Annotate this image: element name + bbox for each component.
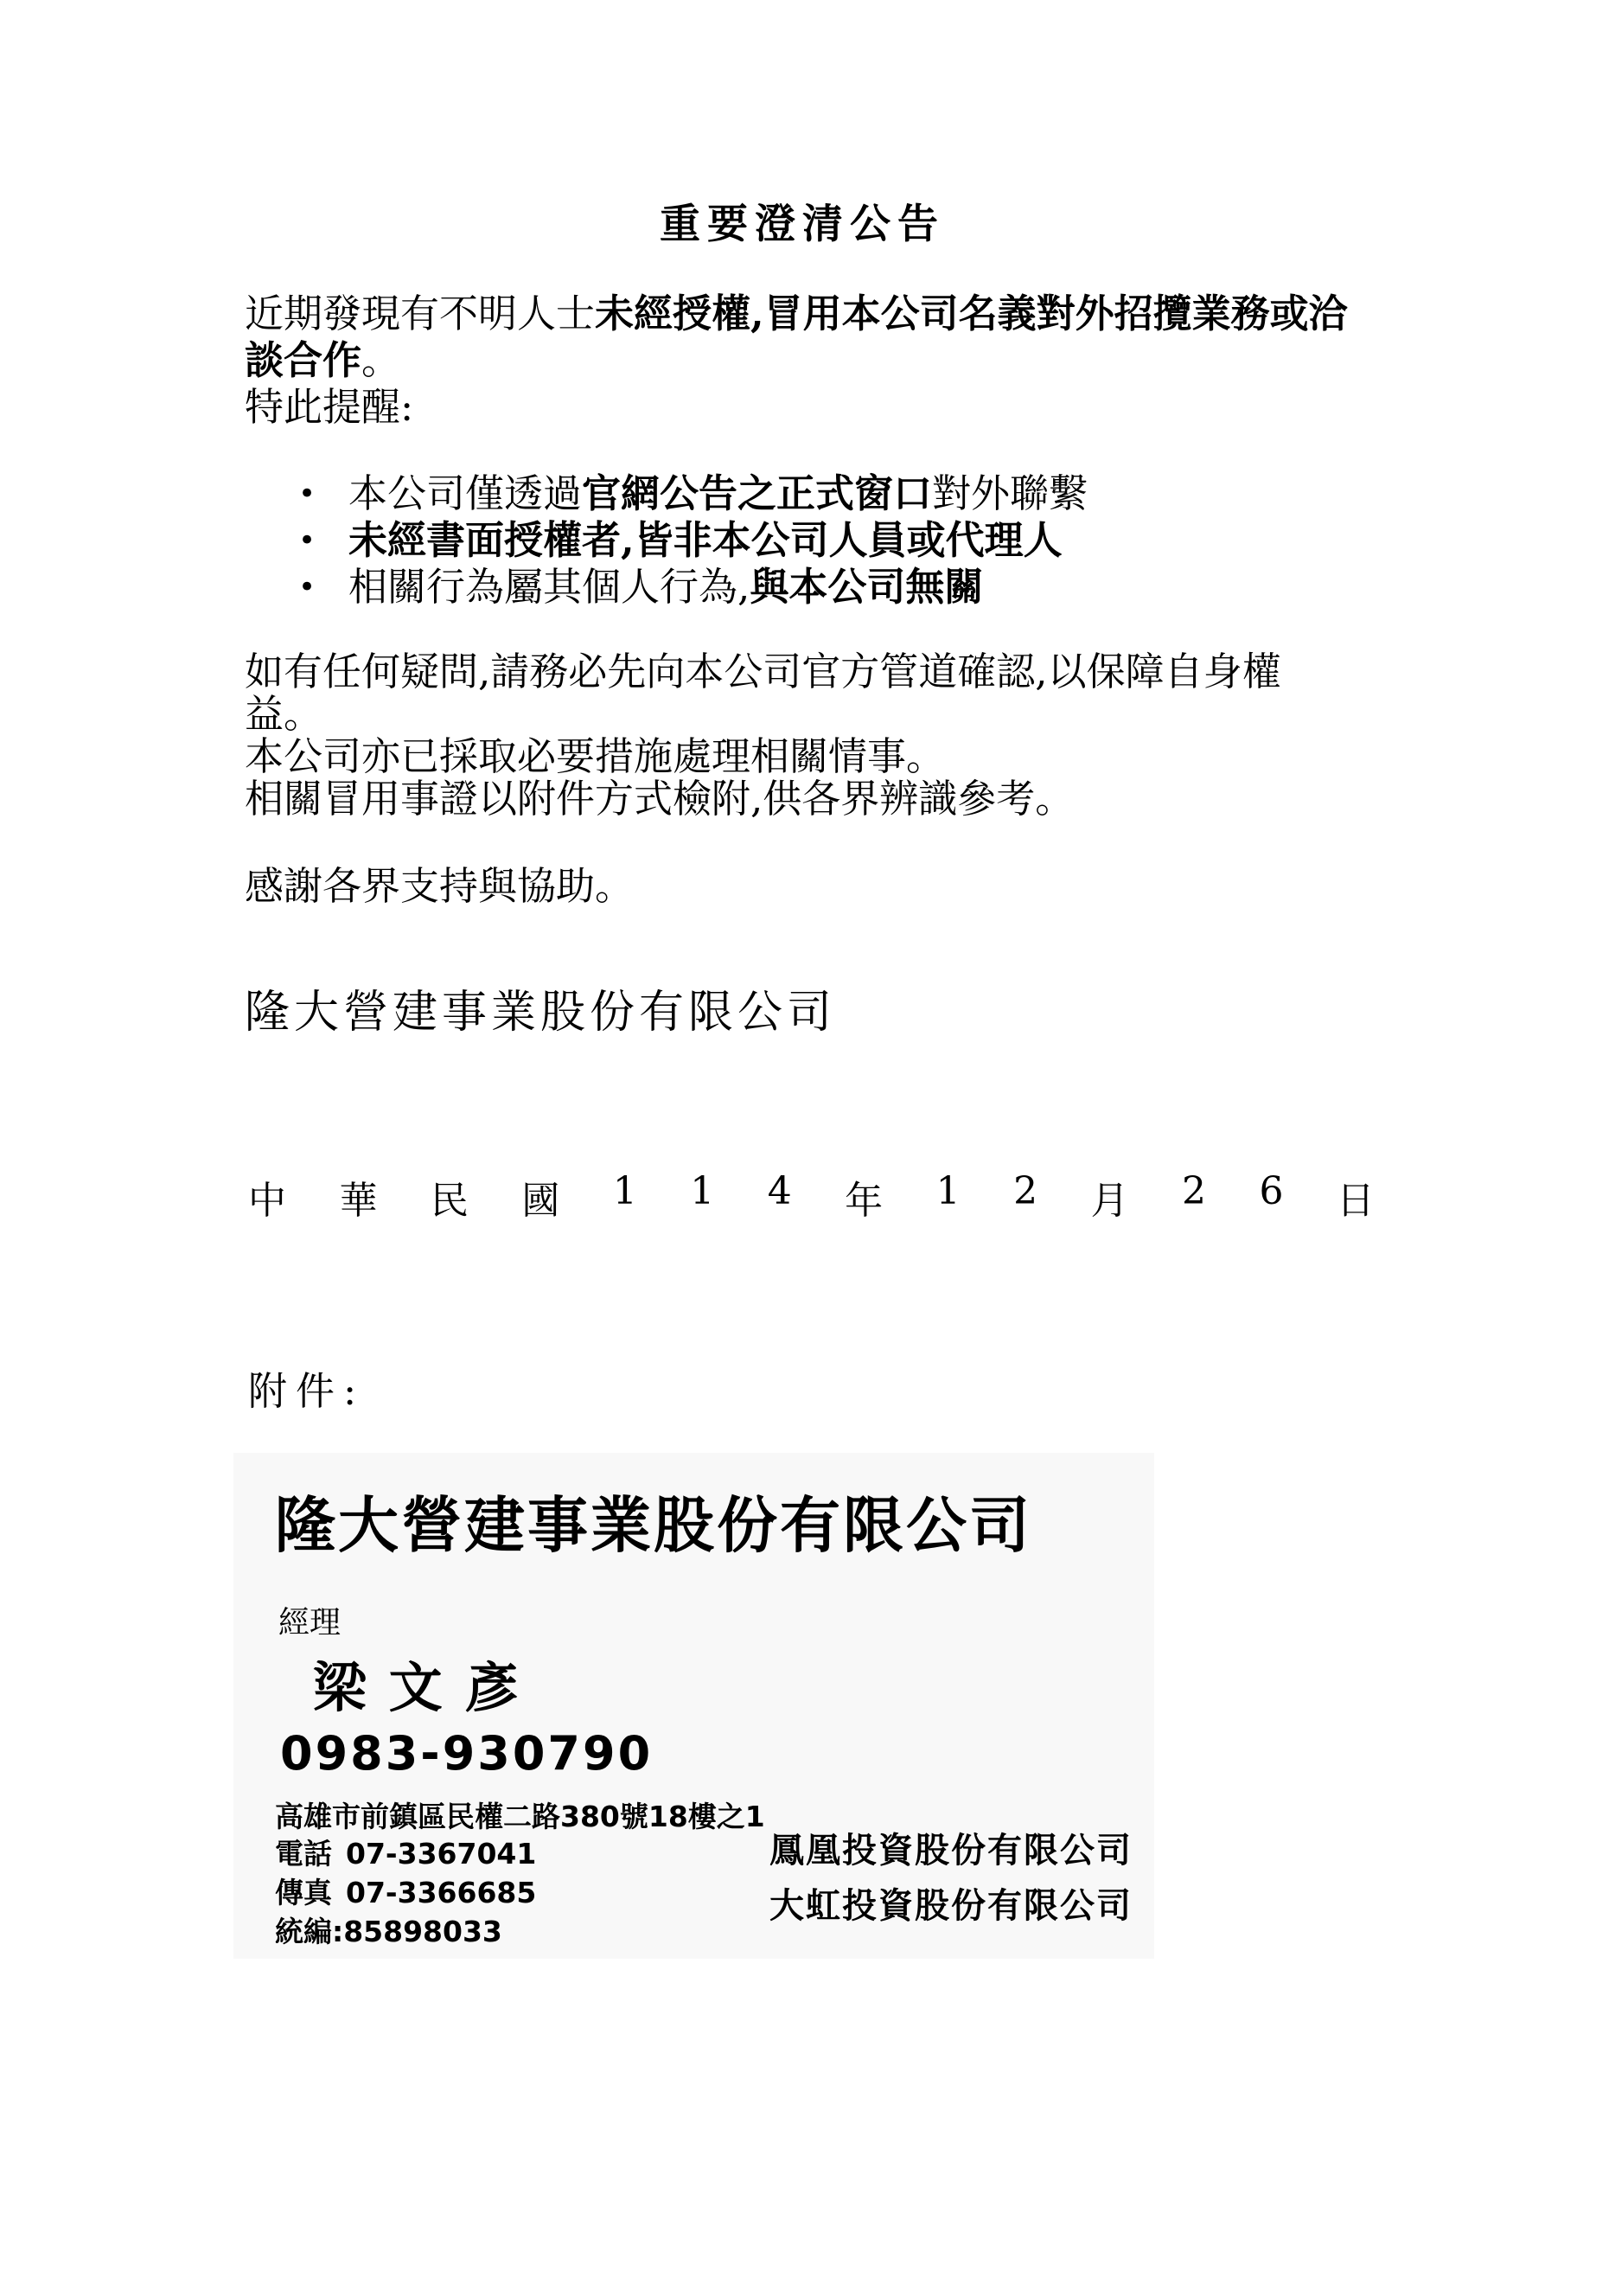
bullet-text: 本公司僅透過官網公告之正式窗口對外聯繫 <box>348 472 1088 515</box>
card-fax-label: 傳真 <box>275 1876 332 1909</box>
date-char: 日 <box>1337 1169 1375 1225</box>
date-char: 2 <box>1182 1169 1206 1225</box>
intro-paragraph: 近期發現有不明人士未經授權,冒用本公司名義對外招攬業務或洽 談合作。 特此提醒: <box>245 291 1386 431</box>
bullet-1-post: 對外聯繫 <box>932 470 1088 516</box>
bullet-marker: • <box>298 566 348 609</box>
intro-line-2-period: 。 <box>361 337 400 383</box>
date-char: 1 <box>690 1169 714 1225</box>
date-char: 民 <box>431 1169 469 1225</box>
card-tel-number: 07-3367041 <box>346 1837 536 1871</box>
date-char: 2 <box>1013 1169 1037 1225</box>
body-line-1: 如有任何疑問,請務必先向本公司官方管道確認,以保障自身權 <box>245 650 1386 693</box>
bullet-marker: • <box>298 472 348 515</box>
body-line-3: 本公司亦已採取必要措施處理相關情事。 <box>245 735 1386 777</box>
date-char: 1 <box>936 1169 961 1225</box>
bullet-item: • 未經書面授權者,皆非本公司人員或代理人 <box>298 519 1088 564</box>
reminder-line: 特此提醒: <box>245 384 1386 431</box>
date-char: 中 <box>248 1169 286 1225</box>
notice-title: 重要澄清公告 <box>245 192 1360 250</box>
card-related-company-1: 鳳凰投資股份有限公司 <box>769 1823 1133 1872</box>
company-signature: 隆大營建事業股份有限公司 <box>245 975 836 1040</box>
card-address: 高雄市前鎮區民權二路380號18樓之1 <box>275 1794 765 1835</box>
date-char: 月 <box>1091 1169 1129 1225</box>
date-char: 華 <box>339 1169 377 1225</box>
card-tel-label: 電話 <box>275 1837 332 1871</box>
card-job-title: 經理 <box>278 1598 341 1642</box>
bullet-marker: • <box>298 519 348 562</box>
intro-line-1: 近期發現有不明人士未經授權,冒用本公司名義對外招攬業務或洽 <box>245 291 1386 337</box>
card-person-name: 梁 文 彥 <box>313 1645 520 1722</box>
intro-line-1-bold: 未經授權,冒用本公司名義對外招攬業務或洽 <box>595 291 1348 336</box>
bullet-text: 未經書面授權者,皆非本公司人員或代理人 <box>348 519 1063 562</box>
bullet-item: • 相關行為屬其個人行為,與本公司無關 <box>298 566 1088 611</box>
body-line-4: 相關冒用事證以附件方式檢附,供各界辨識參考。 <box>245 777 1386 820</box>
date-char: 年 <box>845 1169 883 1225</box>
document-page: 重要澄清公告 近期發現有不明人士未經授權,冒用本公司名義對外招攬業務或洽 談合作… <box>0 0 1615 2296</box>
date-line: 中 華 民 國 1 1 4 年 1 2 月 2 6 日 <box>248 1169 1375 1225</box>
bullet-item: • 本公司僅透過官網公告之正式窗口對外聯繫 <box>298 472 1088 517</box>
body-line-2: 益。 <box>245 693 1386 735</box>
date-char: 1 <box>613 1169 637 1225</box>
bullet-1-bold: 官網公告之正式窗口 <box>582 470 932 516</box>
business-card: 隆大營建事業股份有限公司 經理 梁 文 彥 0983-930790 高雄市前鎮區… <box>233 1453 1154 1959</box>
card-fax-number: 07-3366685 <box>346 1876 536 1909</box>
bullet-list: • 本公司僅透過官網公告之正式窗口對外聯繫 • 未經書面授權者,皆非本公司人員或… <box>298 472 1088 612</box>
card-taxid-row: 統編:85898033 <box>275 1909 502 1950</box>
card-company-name: 隆大營建事業股份有限公司 <box>275 1477 1032 1564</box>
attachment-label: 附件: <box>248 1359 365 1416</box>
intro-line-2: 談合作。 <box>245 337 1386 384</box>
bullet-3-pre: 相關行為屬其個人行為, <box>348 564 750 610</box>
intro-line-1-normal: 近期發現有不明人士 <box>245 291 595 336</box>
card-mobile-number: 0983-930790 <box>280 1726 653 1781</box>
card-related-company-2: 大虹投資股份有限公司 <box>769 1878 1133 1928</box>
card-tel-row: 電話07-3367041 <box>275 1832 536 1872</box>
date-char: 4 <box>768 1169 792 1225</box>
bullet-2-bold: 未經書面授權者,皆非本公司人員或代理人 <box>348 517 1063 563</box>
date-char: 6 <box>1259 1169 1283 1225</box>
thanks-line: 感謝各界支持與協助。 <box>245 854 634 911</box>
intro-line-2-bold: 談合作 <box>245 337 361 383</box>
card-taxid-value: 85898033 <box>343 1915 502 1948</box>
body-paragraph: 如有任何疑問,請務必先向本公司官方管道確認,以保障自身權 益。 本公司亦已採取必… <box>245 650 1386 820</box>
bullet-1-pre: 本公司僅透過 <box>348 470 582 516</box>
card-taxid-label: 統編: <box>275 1915 343 1948</box>
card-fax-row: 傳真07-3366685 <box>275 1871 536 1911</box>
bullet-3-bold: 與本公司無關 <box>750 564 983 610</box>
bullet-text: 相關行為屬其個人行為,與本公司無關 <box>348 566 983 609</box>
date-char: 國 <box>521 1169 559 1225</box>
